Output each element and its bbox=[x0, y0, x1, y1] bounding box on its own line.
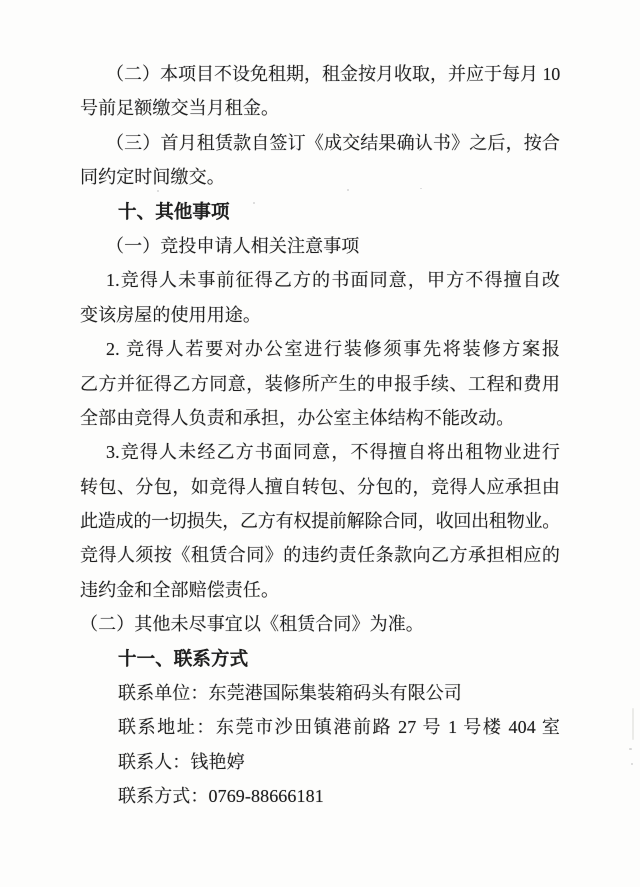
first-payment-line-2: 同约定时间缴交。 bbox=[80, 160, 560, 194]
document-body: （二）本项目不设免租期，租金按月收取，并应于每月 10 号前足额缴交当月租金。 … bbox=[80, 57, 560, 814]
contact-person-line: 联系人：钱艳婷 bbox=[80, 745, 560, 779]
note-3-line-4: 竞得人须按《租赁合同》的违约责任条款向乙方承担相应的 bbox=[80, 538, 560, 572]
note-1-line-2: 变该房屋的使用用途。 bbox=[80, 298, 560, 332]
note-1-line-1: 1.竞得人未事前征得乙方的书面同意，甲方不得擅自改 bbox=[80, 263, 560, 297]
note-2-line-3: 全部由竞得人负责和承担，办公室主体结构不能改动。 bbox=[80, 401, 560, 435]
note-2-line-1: 2. 竞得人若要对办公室进行装修须事先将装修方案报 bbox=[80, 332, 560, 366]
rent-terms-line-2: 号前足额缴交当月租金。 bbox=[80, 91, 560, 125]
heading-contact-info: 十一、联系方式 bbox=[80, 642, 560, 676]
contact-address-line: 联系地址：东莞市沙田镇港前路 27 号 1 号楼 404 室 bbox=[80, 710, 560, 744]
rent-terms-line-1: （二）本项目不设免租期，租金按月收取，并应于每月 10 bbox=[80, 57, 560, 91]
note-3-line-3: 此造成的一切损失，乙方有权提前解除合同，收回出租物业。 bbox=[80, 504, 560, 538]
scan-speck bbox=[420, 188, 422, 189]
document-page: （二）本项目不设免租期，租金按月收取，并应于每月 10 号前足额缴交当月租金。 … bbox=[0, 0, 640, 887]
scan-speck bbox=[253, 202, 255, 204]
contact-unit-line: 联系单位：东莞港国际集装箱码头有限公司 bbox=[80, 676, 560, 710]
note-3-line-2: 转包、分包，如竞得人擅自转包、分包的，竞得人应承担由 bbox=[80, 470, 560, 504]
scan-speck bbox=[631, 763, 633, 765]
heading-other-matters: 十、其他事项 bbox=[80, 195, 560, 229]
scan-smudge bbox=[632, 708, 634, 740]
other-provisions-line: （二）其他未尽事宜以《租赁合同》为准。 bbox=[80, 607, 560, 641]
scan-speck bbox=[629, 748, 632, 750]
note-3-line-1: 3.竞得人未经乙方书面同意，不得擅自将出租物业进行 bbox=[80, 435, 560, 469]
first-payment-line-1: （三）首月租赁款自签订《成交结果确认书》之后，按合 bbox=[80, 126, 560, 160]
scan-speck bbox=[347, 189, 349, 191]
contact-phone-line: 联系方式：0769-88666181 bbox=[80, 779, 560, 813]
subheading-bidder-notes: （一）竞投申请人相关注意事项 bbox=[80, 229, 560, 263]
scan-speck bbox=[157, 190, 159, 192]
note-3-line-5: 违约金和全部赔偿责任。 bbox=[80, 573, 560, 607]
note-2-line-2: 乙方并征得乙方同意，装修所产生的申报手续、工程和费用 bbox=[80, 367, 560, 401]
